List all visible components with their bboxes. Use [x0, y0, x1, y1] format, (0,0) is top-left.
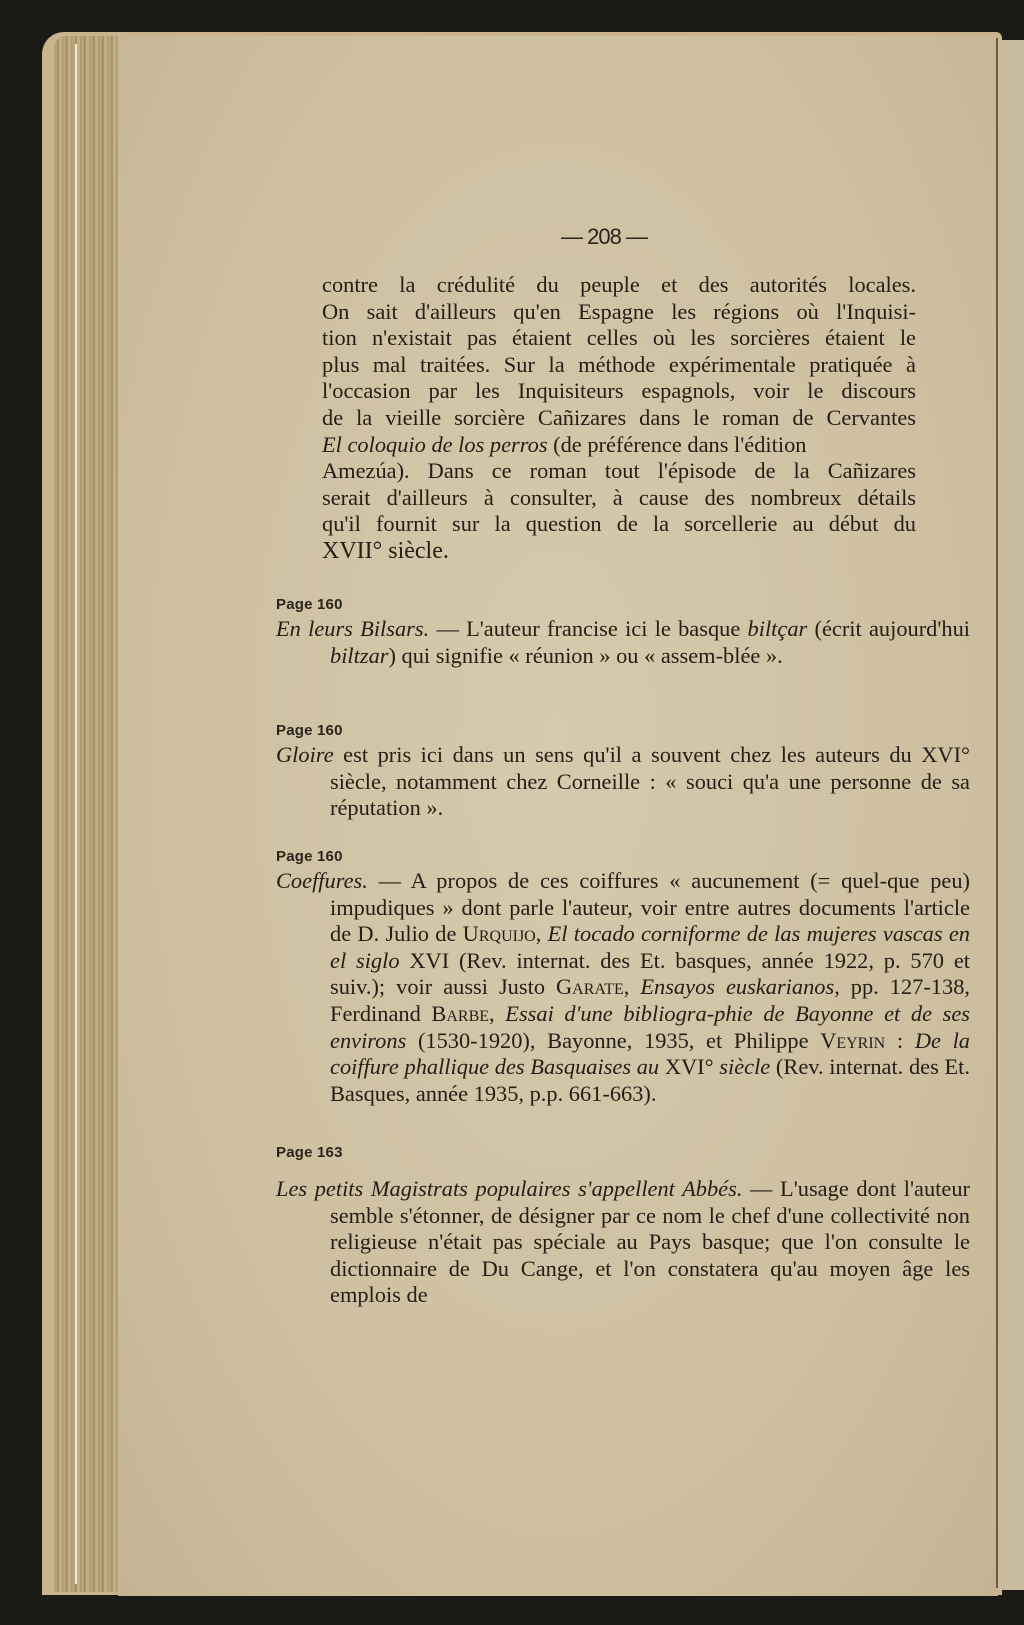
note-entry: Gloire est pris ici dans un sens qu'il a…	[276, 742, 970, 822]
page-reference: Page 163	[276, 1140, 916, 1167]
note-lemma: Gloire	[276, 742, 334, 767]
author-name: Urquijo	[463, 921, 536, 946]
continuation-paragraph: contre la crédulité du peuple et des aut…	[322, 272, 916, 565]
next-page-edge	[998, 40, 1024, 1590]
text-line: El coloquio de los perros (de préférence…	[322, 432, 916, 459]
author-name: Barbe	[431, 1001, 489, 1026]
text-line: qu'il fournit sur la question de la sorc…	[322, 511, 916, 538]
text-line: tion n'existait pas étaient celles où le…	[322, 325, 916, 352]
note-entry: Les petits Magistrats populaires s'appel…	[276, 1176, 970, 1309]
page-edges	[54, 36, 118, 1592]
text-line: de la vieille sorcière Cañizares dans le…	[322, 405, 916, 432]
text-line: contre la crédulité du peuple et des aut…	[322, 272, 916, 299]
text-line: Amezúa). Dans ce roman tout l'épisode de…	[322, 458, 916, 485]
note-lemma: Les petits Magistrats populaires s'appel…	[276, 1176, 742, 1201]
note-lemma: En leurs Bilsars.	[276, 616, 429, 641]
book-title: El coloquio de los perros	[322, 432, 548, 457]
text-line: On sait d'ailleurs qu'en Espagne les rég…	[322, 299, 916, 326]
page-edge-highlight	[75, 44, 77, 1584]
note-entry: Coeffures. — A propos de ces coiffures «…	[276, 868, 970, 1107]
text-line: XVII° siècle.	[322, 538, 916, 565]
text-line: serait d'ailleurs à consulter, à cause d…	[322, 485, 916, 512]
note-entry: En leurs Bilsars. — L'auteur francise ic…	[276, 616, 970, 669]
work-title: Ensayos euskarianos	[640, 974, 834, 999]
author-name: Garate	[556, 974, 624, 999]
note-lemma: Coeffures.	[276, 868, 368, 893]
page-number: — 208 —	[0, 224, 1024, 250]
page-reference: Page 160	[276, 844, 916, 871]
page-reference: Page 160	[276, 718, 916, 745]
author-name: Veyrin	[820, 1028, 885, 1053]
text-line: plus mal traitées. Sur la méthode expéri…	[322, 352, 916, 379]
text-line: l'occasion par les Inquisiteurs espagnol…	[322, 378, 916, 405]
page-reference: Page 160	[276, 592, 916, 619]
